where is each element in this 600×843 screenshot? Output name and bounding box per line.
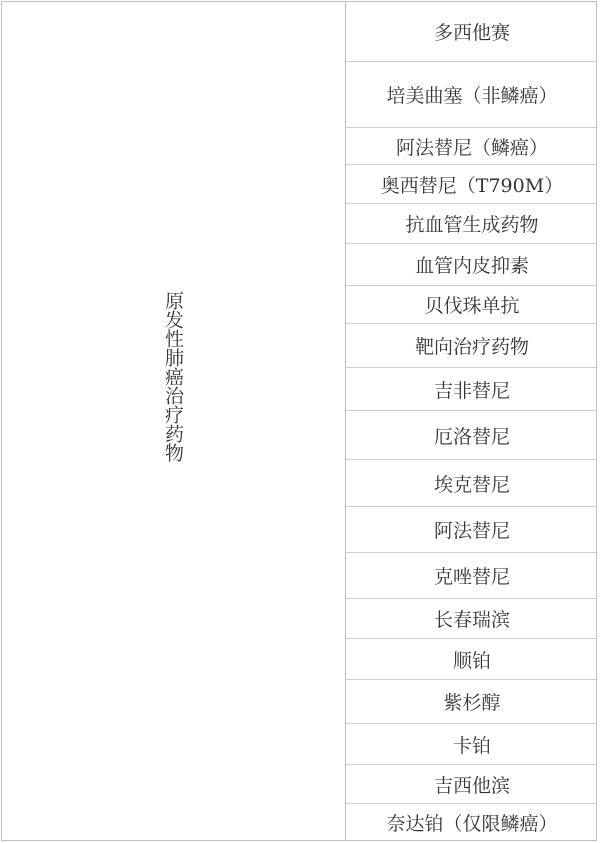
table-row: 卡铂 <box>346 724 596 765</box>
table-row: 埃克替尼 <box>346 460 596 507</box>
drug-name: 抗血管生成药物 <box>405 210 538 237</box>
table-row: 顺铂 <box>346 639 596 680</box>
drug-table: 原发性肺癌治疗药物 多西他赛培美曲塞（非鳞癌）阿法替尼（鳞癌）奥西替尼（T790… <box>1 1 597 841</box>
table-row: 厄洛替尼 <box>346 411 596 460</box>
table-row: 阿法替尼 <box>346 507 596 553</box>
category-label: 原发性肺癌治疗药物 <box>164 291 188 462</box>
table-row: 紫杉醇 <box>346 680 596 724</box>
drug-name: 克唑替尼 <box>434 562 510 589</box>
drug-name: 多西他赛 <box>434 18 510 45</box>
drug-name: 长春瑞滨 <box>434 605 510 632</box>
drug-name: 阿法替尼 <box>434 516 510 543</box>
drug-name: 奥西替尼（T790M） <box>381 171 563 198</box>
table-row: 奈达铂（仅限鳞癌） <box>346 804 596 840</box>
table-row: 靶向治疗药物 <box>346 324 596 368</box>
drug-name: 靶向治疗药物 <box>415 332 529 359</box>
table-row: 多西他赛 <box>346 2 596 62</box>
drug-name: 阿法替尼（鳞癌） <box>396 133 548 160</box>
table-row: 贝伐珠单抗 <box>346 286 596 324</box>
drug-name: 培美曲塞（非鳞癌） <box>386 81 557 108</box>
drug-name: 奈达铂（仅限鳞癌） <box>386 809 557 836</box>
drug-name: 血管内皮抑素 <box>415 251 529 278</box>
table-row: 吉西他滨 <box>346 765 596 804</box>
table-row: 长春瑞滨 <box>346 599 596 639</box>
drug-name: 厄洛替尼 <box>434 422 510 449</box>
category-cell: 原发性肺癌治疗药物 <box>2 2 346 840</box>
drug-list: 多西他赛培美曲塞（非鳞癌）阿法替尼（鳞癌）奥西替尼（T790M）抗血管生成药物血… <box>346 2 596 840</box>
drug-name: 埃克替尼 <box>434 470 510 497</box>
table-row: 抗血管生成药物 <box>346 204 596 244</box>
table-row: 克唑替尼 <box>346 553 596 599</box>
drug-name: 吉非替尼 <box>434 376 510 403</box>
drug-name: 卡铂 <box>453 731 491 758</box>
drug-name: 顺铂 <box>453 646 491 673</box>
drug-name: 紫杉醇 <box>443 688 500 715</box>
table-row: 血管内皮抑素 <box>346 244 596 286</box>
table-row: 培美曲塞（非鳞癌） <box>346 62 596 128</box>
drug-name: 吉西他滨 <box>434 771 510 798</box>
table-row: 奥西替尼（T790M） <box>346 165 596 204</box>
drug-name: 贝伐珠单抗 <box>424 291 519 318</box>
table-row: 吉非替尼 <box>346 368 596 411</box>
table-row: 阿法替尼（鳞癌） <box>346 128 596 165</box>
